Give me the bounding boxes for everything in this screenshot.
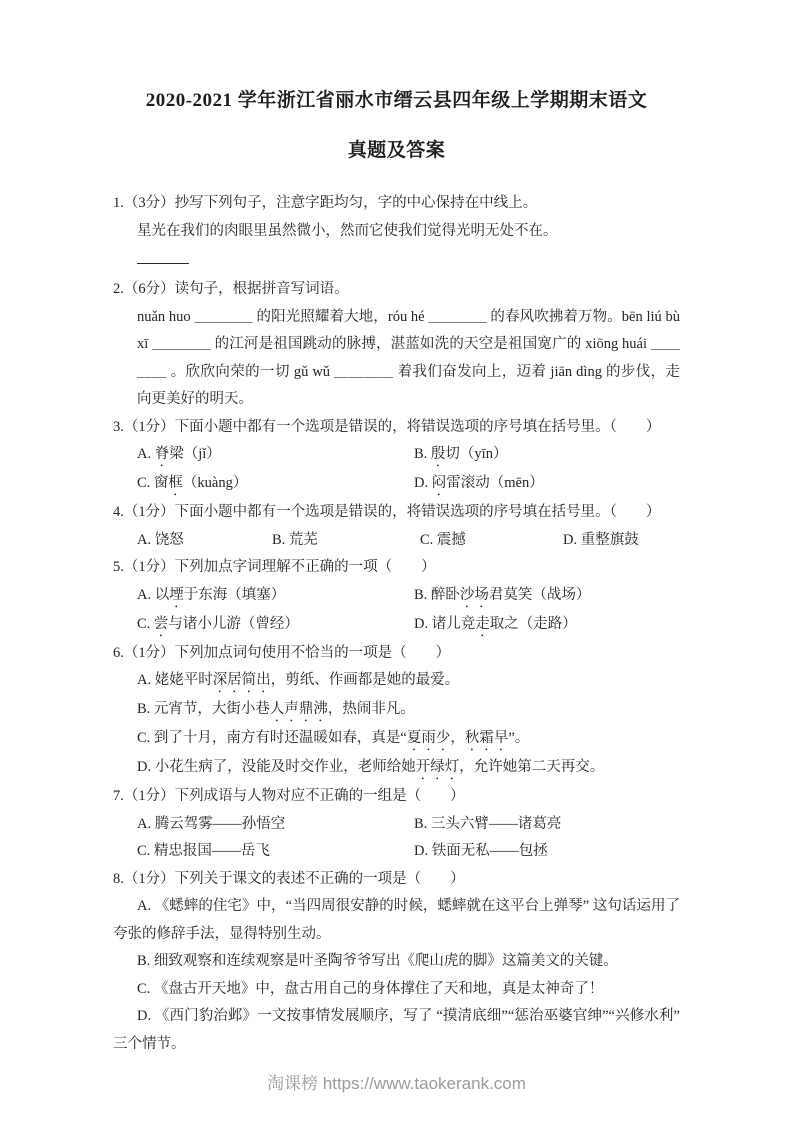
option-b: B. 荒芜 bbox=[272, 527, 420, 555]
option-c: C. 到了十月，南方有时还温暖如春，真是“夏雨少，秋霜早”。 bbox=[113, 725, 680, 754]
option-d: D. 重整旗鼓 bbox=[563, 527, 639, 555]
question-4: 4.（1分）下面小题中都有一个选项是错误的，将错误选项的序号填在括号里。（ ） … bbox=[113, 499, 680, 554]
question-6-stem: 6.（1分）下列加点词句使用不恰当的一项是（ ） bbox=[113, 640, 680, 668]
option-d: D. 闷雷滚动（mēn） bbox=[414, 470, 680, 499]
question-8-stem: 8.（1分）下列关于课文的表述不正确的一项是（ ） bbox=[113, 866, 680, 894]
question-3-options: A. 脊梁（jǐ） B. 殷切（yīn） C. 窗框（kuàng） D. 闷雷滚… bbox=[113, 441, 680, 499]
option-a: A. 《蟋蟀的住宅》中，“当四周很安静的时候，蟋蟀就在这平台上弹琴” 这句话运用… bbox=[113, 893, 680, 948]
option-a: A. 姥姥平时深居简出，剪纸、作画都是她的最爱。 bbox=[113, 667, 680, 696]
option-b: B. 细致观察和连续观察是叶圣陶爷爷写出《爬山虎的脚》这篇美文的关键。 bbox=[113, 948, 680, 976]
option-c: C. 震撼 bbox=[420, 527, 563, 555]
option-c: C. 《盘古开天地》中，盘古用自己的身体撑住了天和地，真是太神奇了！ bbox=[113, 976, 680, 1004]
question-7: 7.（1分）下列成语与人物对应不正确的一组是（ ） A. 腾云驾雾——孙悟空 B… bbox=[113, 783, 680, 866]
question-1-stem: 1.（3分）抄写下列句子，注意字距均匀，字的中心保持在中线上。 bbox=[113, 190, 680, 218]
option-d: D. 小花生病了，没能及时交作业，老师给她开绿灯，允许她第二天再交。 bbox=[113, 754, 680, 783]
question-2: 2.（6分）读句子，根据拼音写词语。 nuǎn huo ＿＿＿＿ 的阳光照耀着大… bbox=[113, 276, 680, 414]
option-b: B. 殷切（yīn） bbox=[414, 441, 680, 470]
option-a: A. 脊梁（jǐ） bbox=[137, 441, 414, 470]
option-d: D. 铁面无私——包拯 bbox=[414, 838, 680, 866]
option-b: B. 醉卧沙场君莫笑（战场） bbox=[414, 582, 680, 611]
option-a: A. 腾云驾雾——孙悟空 bbox=[137, 811, 414, 839]
exam-document: 2020-2021 学年浙江省丽水市缙云县四年级上学期期末语文 真题及答案 1.… bbox=[0, 0, 793, 1122]
option-c: C. 窗框（kuàng） bbox=[137, 470, 414, 499]
title-line-1: 2020-2021 学年浙江省丽水市缙云县四年级上学期期末语文 bbox=[113, 76, 680, 126]
question-5-options: A. 以堙于东海（填塞） B. 醉卧沙场君莫笑（战场） C. 尝与诸小儿游（曾经… bbox=[113, 582, 680, 640]
question-1: 1.（3分）抄写下列句子，注意字距均匀，字的中心保持在中线上。 星光在我们的肉眼… bbox=[113, 190, 680, 264]
title-line-2: 真题及答案 bbox=[113, 126, 680, 176]
question-1-sentence: 星光在我们的肉眼里虽然微小，然而它使我们觉得光明无处不在。 bbox=[113, 218, 680, 246]
option-b: B. 三头六臂——诸葛亮 bbox=[414, 811, 680, 839]
question-5: 5.（1分）下列加点字词理解不正确的一项（ ） A. 以堙于东海（填塞） B. … bbox=[113, 554, 680, 640]
question-5-stem: 5.（1分）下列加点字词理解不正确的一项（ ） bbox=[113, 554, 680, 582]
question-7-options: A. 腾云驾雾——孙悟空 B. 三头六臂——诸葛亮 C. 精忠报国——岳飞 D.… bbox=[113, 811, 680, 866]
question-2-stem: 2.（6分）读句子，根据拼音写词语。 bbox=[113, 276, 680, 304]
question-8: 8.（1分）下列关于课文的表述不正确的一项是（ ） A. 《蟋蟀的住宅》中，“当… bbox=[113, 866, 680, 1059]
option-d: D. 《西门豹治邺》一文按事情发展顺序，写了 “摸清底细”“惩治巫婆官绅”“兴修… bbox=[113, 1003, 680, 1058]
question-2-passage: nuǎn huo ＿＿＿＿ 的阳光照耀着大地，róu hé ＿＿＿＿ 的春风吹拂… bbox=[113, 304, 680, 414]
question-3-stem: 3.（1分）下面小题中都有一个选项是错误的，将错误选项的序号填在括号里。（ ） bbox=[113, 414, 680, 442]
question-3: 3.（1分）下面小题中都有一个选项是错误的，将错误选项的序号填在括号里。（ ） … bbox=[113, 414, 680, 500]
footer-site-link: 淘课榜 https://www.taokerank.com bbox=[267, 1074, 526, 1093]
option-a: A. 以堙于东海（填塞） bbox=[137, 582, 414, 611]
option-a: A. 饶怒 bbox=[137, 527, 272, 555]
option-b: B. 元宵节，大街小巷人声鼎沸，热闹非凡。 bbox=[113, 696, 680, 725]
question-7-stem: 7.（1分）下列成语与人物对应不正确的一组是（ ） bbox=[113, 783, 680, 811]
answer-blank-line bbox=[137, 263, 189, 264]
footer-watermark: 淘课榜 https://www.taokerank.com bbox=[0, 1069, 793, 1094]
page-title: 2020-2021 学年浙江省丽水市缙云县四年级上学期期末语文 真题及答案 bbox=[113, 76, 680, 176]
question-6: 6.（1分）下列加点词句使用不恰当的一项是（ ） A. 姥姥平时深居简出，剪纸、… bbox=[113, 640, 680, 784]
question-4-options: A. 饶怒 B. 荒芜 C. 震撼 D. 重整旗鼓 bbox=[113, 527, 680, 555]
option-c: C. 尝与诸小儿游（曾经） bbox=[137, 611, 414, 640]
option-d: D. 诸儿竞走取之（走路） bbox=[414, 611, 680, 640]
option-c: C. 精忠报国——岳飞 bbox=[137, 838, 414, 866]
question-4-stem: 4.（1分）下面小题中都有一个选项是错误的，将错误选项的序号填在括号里。（ ） bbox=[113, 499, 680, 527]
